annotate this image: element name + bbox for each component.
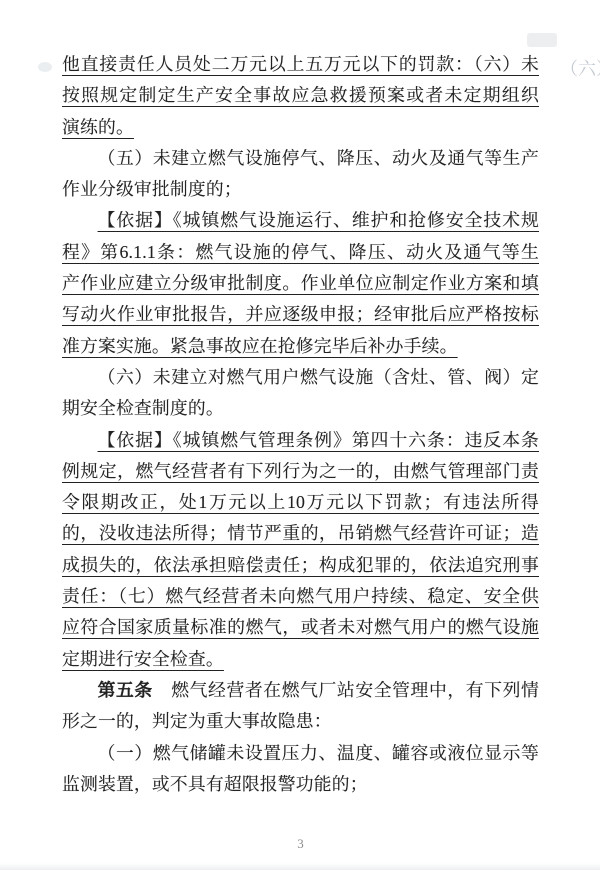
- doc-line: 准方案实施。紧急事故应在抢修完毕后补办手续。: [62, 331, 539, 362]
- doc-line: （一）燃气储罐未设置压力、温度、罐容或液位显示等: [62, 738, 539, 769]
- doc-line: （六）未建立对燃气用户燃气设施（含灶、管、阀）定: [62, 362, 539, 393]
- doc-line: 令限期改正，处1万元以上10万元以下罚款；有违法所得: [62, 487, 539, 518]
- doc-line: 应符合国家质量标准的燃气，或者未对燃气用户的燃气设施: [62, 612, 539, 643]
- article-number: 第五条: [98, 680, 153, 700]
- doc-line: 责任：（七）燃气经营者未向燃气用户持续、稳定、安全供: [62, 581, 539, 612]
- scan-smudge: [38, 62, 52, 72]
- doc-line: 例规定，燃气经营者有下列行为之一的，由燃气管理部门责: [62, 456, 539, 487]
- doc-line: 监测装置，或不具有超限报警功能的；: [62, 769, 539, 800]
- doc-line: 程》第6.1.1条：燃气设施的停气、降压、动火及通气等生: [62, 237, 539, 268]
- article-text: 燃气经营者在燃气厂站安全管理中，有下列情: [153, 680, 539, 700]
- document-page: （六） 他直接责任人员处二万元以上五万元以下的罚款：（六）未 按照规定制定生产安…: [0, 0, 600, 870]
- doc-line: 产作业应建立分级审批制度。作业单位应制定作业方案和填: [62, 268, 539, 299]
- doc-line: 期安全检查制度的。: [62, 393, 539, 424]
- scan-bottom-edge: [0, 863, 600, 870]
- doc-line: 作业分级审批制度的；: [62, 174, 539, 205]
- doc-line: 成损失的，依法承担赔偿责任；构成犯罪的，依法追究刑事: [62, 550, 539, 581]
- doc-line: 写动火作业审批报告，并应逐级申报；经审批后应严格按标: [62, 299, 539, 330]
- doc-line: 的，没收违法所得；情节严重的，吊销燃气经营许可证；造: [62, 518, 539, 549]
- document-body: 他直接责任人员处二万元以上五万元以下的罚款：（六）未 按照规定制定生产安全事故应…: [62, 49, 539, 800]
- scan-smudge: [527, 33, 557, 47]
- doc-line: 他直接责任人员处二万元以上五万元以下的罚款：（六）未: [62, 49, 539, 80]
- doc-line: 演练的。: [62, 112, 539, 143]
- doc-line: （五）未建立燃气设施停气、降压、动火及通气等生产: [62, 143, 539, 174]
- doc-line: 形之一的，判定为重大事故隐患：: [62, 706, 539, 737]
- doc-line: 【依据】《城镇燃气设施运行、维护和抢修安全技术规: [62, 205, 539, 236]
- ghost-print-artifact: （六）: [560, 55, 600, 81]
- doc-line-article-heading: 第五条 燃气经营者在燃气厂站安全管理中，有下列情: [62, 675, 539, 706]
- page-number: 3: [62, 836, 539, 852]
- doc-line: 【依据】《城镇燃气管理条例》第四十六条：违反本条: [62, 425, 539, 456]
- doc-line: 按照规定制定生产安全事故应急救援预案或者未定期组织: [62, 80, 539, 111]
- doc-line: 定期进行安全检查。: [62, 644, 539, 675]
